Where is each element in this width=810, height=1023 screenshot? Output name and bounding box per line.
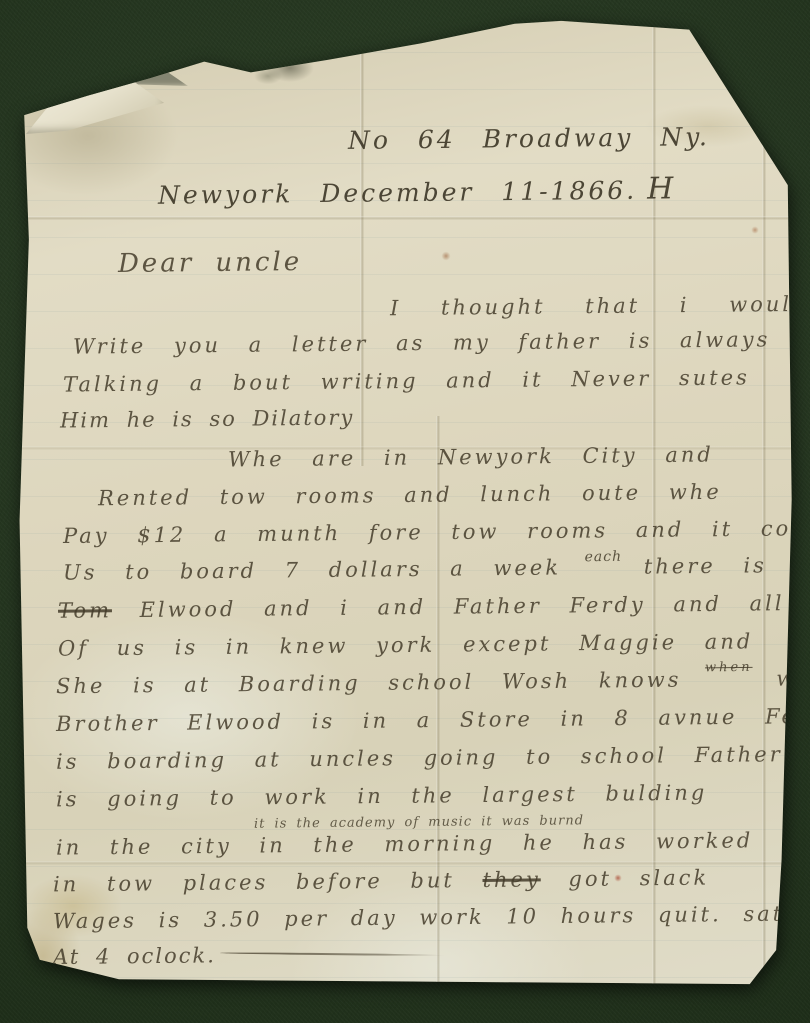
line-text: She is at Boarding school Wosh knows: [56, 668, 682, 699]
body-line: Rented tow rooms and lunch oute whe: [98, 480, 722, 511]
body-line: Whe are in Newyork City and: [228, 442, 714, 471]
line-text: Us to board 7 dollars a week: [63, 555, 561, 584]
torn-corner-shadow: [58, 46, 188, 86]
letter-photo: No 64 Broadway Ny. Newyork December 11-1…: [18, 16, 794, 988]
pen-flourish: H: [647, 171, 674, 206]
date-line: Newyork December 11-1866.H: [158, 171, 674, 211]
body-line: She is at Boarding school Wosh knows whe…: [56, 666, 810, 698]
strikethrough-word: they: [482, 867, 541, 892]
body-line: Pay $12 a munth fore tow rooms and it co…: [63, 516, 810, 548]
fold-crease-vertical-1: [360, 16, 364, 466]
body-line: Of us is in knew york except Maggie and: [58, 629, 753, 660]
line-text: there is: [644, 553, 767, 578]
inserted-word: each: [584, 549, 622, 565]
fold-crease-horizontal-1: [18, 216, 794, 220]
body-line: in the city in the morning he has worked: [56, 828, 753, 859]
line-text: in tow places before but: [53, 868, 455, 896]
body-line: Him he is so Dilatory: [60, 405, 355, 432]
body-line: Us to board 7 dollars a week each there …: [63, 553, 767, 584]
body-line: is going to work in the largest bulding: [56, 781, 707, 812]
strikethrough-word: Tom: [58, 598, 112, 623]
body-line: Talking a bout writing and it Never sute…: [63, 365, 750, 396]
body-line: At 4 oclock.: [53, 941, 445, 969]
address-line: No 64 Broadway Ny.: [348, 122, 710, 155]
body-line: Write you a letter as my father is alway…: [73, 327, 771, 358]
body-line: in tow places before but they got slack: [53, 866, 709, 897]
body-line: Tom Elwood and i and Father Ferdy and al…: [58, 591, 785, 623]
fold-crease-horizontal-3: [18, 861, 794, 865]
fold-crease-vertical-4: [762, 106, 766, 988]
date-text: Newyork December 11-1866.: [158, 176, 637, 210]
body-line: I thought that i would: [390, 292, 809, 320]
line-text: Elwood and i and Father Ferdy and all: [140, 591, 785, 622]
folded-corner: [26, 52, 164, 134]
body-line: Brother Elwood is in a Store in 8 avnue …: [56, 704, 810, 736]
interlinear-note: it is the academy of music it was burnd: [254, 813, 584, 831]
salutation: Dear uncle: [118, 247, 302, 279]
body-line: is boarding at uncles going to school Fa…: [56, 742, 783, 774]
struck-inserted-word: when: [705, 660, 753, 675]
pen-flourish-stroke: [220, 952, 445, 956]
letter-paper: No 64 Broadway Ny. Newyork December 11-1…: [18, 16, 794, 988]
line-text: At 4 oclock.: [53, 943, 216, 969]
body-line: Wages is 3.50 per day work 10 hours quit…: [53, 901, 810, 934]
line-text: got slack: [568, 866, 709, 891]
